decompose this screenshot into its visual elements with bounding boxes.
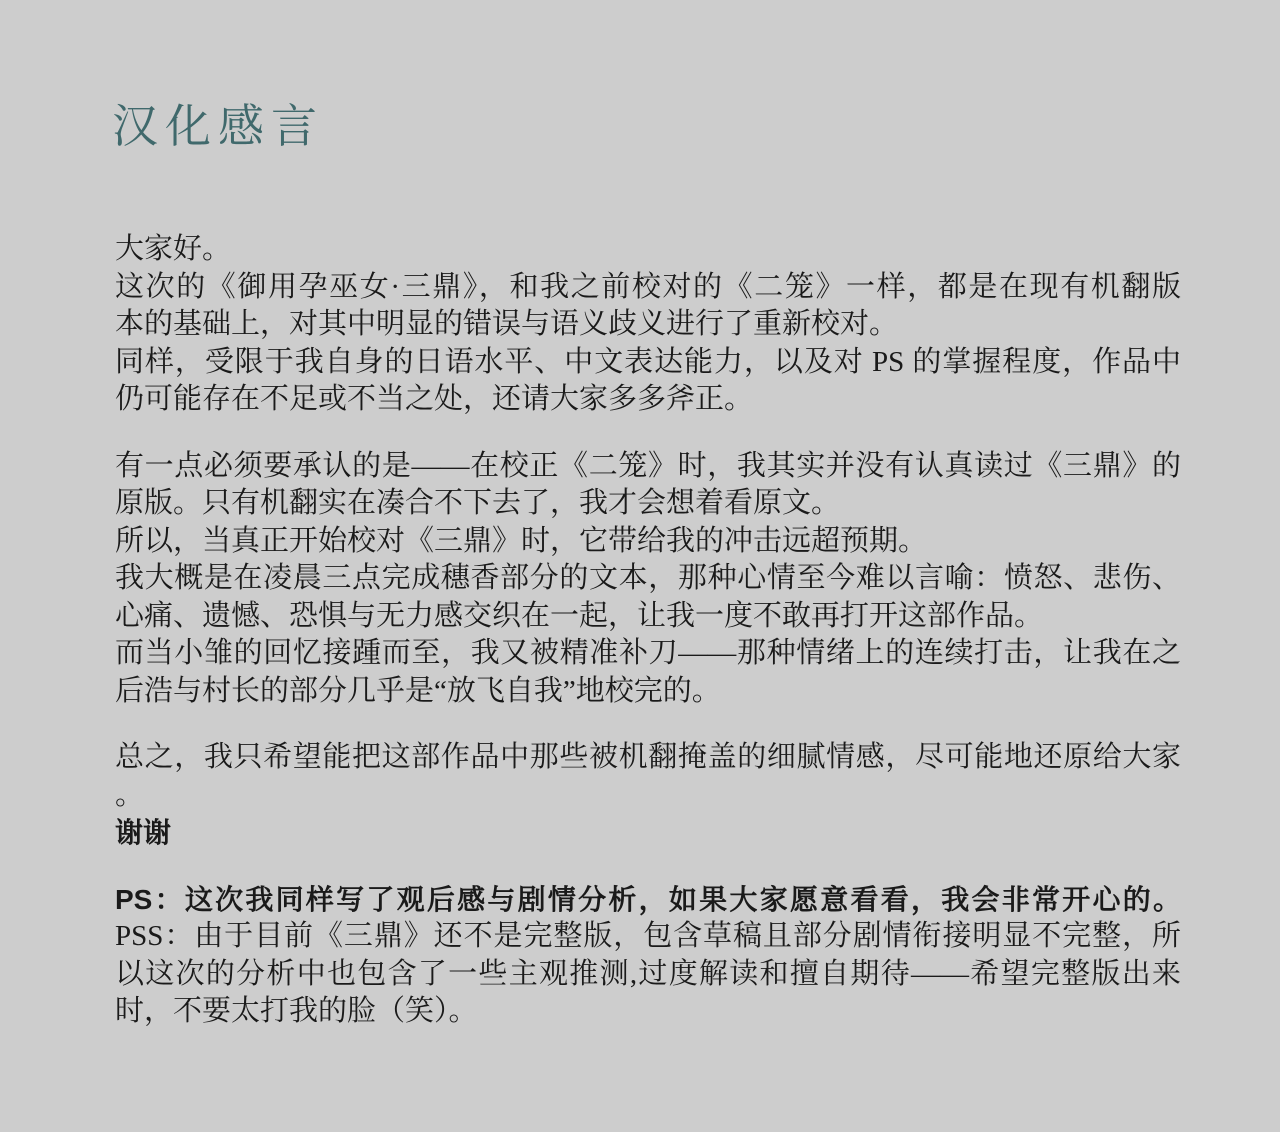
page-title: 汉化感言 bbox=[112, 102, 324, 153]
afterword-document: 汉化感言 大家好。 这次的《御用孕巫女·三鼎》，和我之前校对的《二笼》一样，都是… bbox=[0, 0, 1280, 1132]
body-line: 大家好。 bbox=[115, 231, 1181, 269]
body-line-pss: PSS：由于目前《三鼎》还不是完整版，包含草稿且部分剧情衔接明显不完整，所 bbox=[115, 918, 1181, 956]
body-line: 所以，当真正开始校对《三鼎》时，它带给我的冲击远超预期。 bbox=[115, 523, 1181, 561]
body-line: 仍可能存在不足或不当之处，还请大家多多斧正。 bbox=[115, 381, 1181, 419]
body-line: 心痛、遗憾、恐惧与无力感交织在一起，让我一度不敢再打开这部作品。 bbox=[115, 598, 1181, 636]
body-line: 本的基础上，对其中明显的错误与语义歧义进行了重新校对。 bbox=[115, 306, 1181, 344]
paragraph-confession: 有一点必须要承认的是——在校正《二笼》时，我其实并没有认真读过《三鼎》的 原版。… bbox=[115, 448, 1181, 711]
body-line: 而当小雏的回忆接踵而至，我又被精准补刀——那种情绪上的连续打击，让我在之 bbox=[115, 635, 1181, 673]
paragraph-intro: 大家好。 这次的《御用孕巫女·三鼎》，和我之前校对的《二笼》一样，都是在现有机翻… bbox=[115, 231, 1181, 419]
body-line: 以这次的分析中也包含了一些主观推测,过度解读和擅自期待——希望完整版出来 bbox=[115, 956, 1181, 994]
body-line-ps: PS：这次我同样写了观后感与剧情分析，如果大家愿意看看，我会非常开心的。 bbox=[115, 881, 1181, 919]
body-line: 总之，我只希望能把这部作品中那些被机翻掩盖的细腻情感，尽可能地还原给大家 bbox=[115, 739, 1181, 777]
body-line-thanks: 谢谢 bbox=[115, 814, 1181, 852]
body-line: 这次的《御用孕巫女·三鼎》，和我之前校对的《二笼》一样，都是在现有机翻版 bbox=[115, 269, 1181, 307]
paragraph-summary: 总之，我只希望能把这部作品中那些被机翻掩盖的细腻情感，尽可能地还原给大家 。 谢… bbox=[115, 739, 1181, 852]
body-line: 同样，受限于我自身的日语水平、中文表达能力，以及对 PS 的掌握程度，作品中 bbox=[115, 344, 1181, 382]
body-line: 。 bbox=[115, 777, 1181, 815]
body-text: 大家好。 这次的《御用孕巫女·三鼎》，和我之前校对的《二笼》一样，都是在现有机翻… bbox=[115, 231, 1181, 1031]
body-line: 原版。只有机翻实在凑合不下去了，我才会想着看原文。 bbox=[115, 485, 1181, 523]
paragraph-postscript: PS：这次我同样写了观后感与剧情分析，如果大家愿意看看，我会非常开心的。 PSS… bbox=[115, 881, 1181, 1031]
body-line: 我大概是在凌晨三点完成穗香部分的文本，那种心情至今难以言喻：愤怒、悲伤、 bbox=[115, 560, 1181, 598]
body-line: 有一点必须要承认的是——在校正《二笼》时，我其实并没有认真读过《三鼎》的 bbox=[115, 448, 1181, 486]
body-line: 时，不要太打我的脸（笑）。 bbox=[115, 993, 1181, 1031]
body-line: 后浩与村长的部分几乎是“放飞自我”地校完的。 bbox=[115, 673, 1181, 711]
